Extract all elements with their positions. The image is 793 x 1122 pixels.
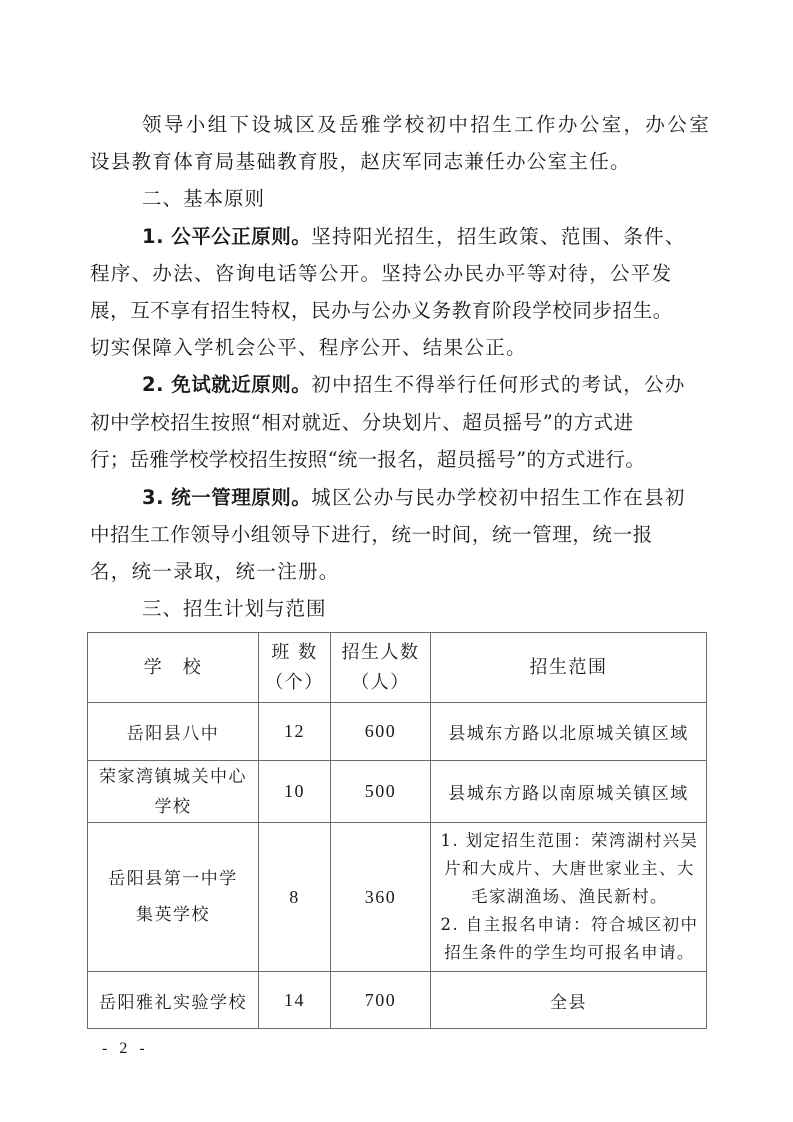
cell-text: 荣家湾镇城关中心 <box>88 762 258 792</box>
cell-students: 360 <box>331 823 431 972</box>
header-students: 招生人数 （人） <box>331 633 431 703</box>
paragraph-line: 切实保障入学机会公平、程序公开、结果公正。 <box>90 336 710 360</box>
scope-line: 招生条件的学生均可报名申请。 <box>437 939 702 967</box>
header-text: 招生人数 <box>331 638 430 668</box>
cell-scope: 全县 <box>431 972 707 1029</box>
table-row: 岳阳县八中 12 600 县城东方路以北原城关镇区域 <box>88 703 707 761</box>
principle-2: 2. 免试就近原则。初中招生不得举行任何形式的考试，公办 <box>142 373 710 397</box>
cell-school: 岳阳雅礼实验学校 <box>88 972 259 1029</box>
scope-line: 1. 划定招生范围：荣湾湖村兴吴 <box>437 827 702 855</box>
cell-students: 700 <box>331 972 431 1029</box>
scope-line: 2. 自主报名申请：符合城区初中 <box>437 911 702 939</box>
principle-3: 3. 统一管理原则。城区公办与民办学校初中招生工作在县初 <box>142 486 710 510</box>
paragraph-line: 中招生工作领导小组领导下进行，统一时间，统一管理，统一报 <box>90 523 710 547</box>
cell-classes: 8 <box>259 823 331 972</box>
text-line: 设县教育体育局基础教育股，赵庆军同志兼任办公室主任。 <box>90 150 631 173</box>
cell-classes: 10 <box>259 761 331 823</box>
paragraph-line: 名，统一录取，统一注册。 <box>90 560 710 584</box>
cell-school: 岳阳县八中 <box>88 703 259 761</box>
paragraph-line: 程序、办法、咨询电话等公开。坚持公办民办平等对待，公平发 <box>90 262 710 286</box>
header-text: （个） <box>259 668 330 698</box>
principle-title: 2. 免试就近原则。 <box>142 373 311 396</box>
cell-classes: 14 <box>259 972 331 1029</box>
header-text: （人） <box>331 668 430 698</box>
header-scope: 招生范围 <box>431 633 707 703</box>
scope-line: 片和大成片、大唐世家业主、大 <box>437 855 702 883</box>
scope-line: 毛家湖渔场、渔民新村。 <box>437 883 702 911</box>
paragraph-line: 领导小组下设城区及岳雅学校初中招生工作办公室，办公室 <box>142 113 710 137</box>
cell-text: 集英学校 <box>88 897 258 933</box>
text-line: 领导小组下设城区及岳雅学校初中招生工作办公室，办公室 <box>142 113 710 137</box>
principle-title: 3. 统一管理原则。 <box>142 486 311 509</box>
paragraph-line: 行；岳雅学校学校招生按照“统一报名，超员摇号”的方式进行。 <box>90 448 710 472</box>
table-header-row: 学 校 班 数 （个） 招生人数 （人） 招生范围 <box>88 633 707 703</box>
header-school: 学 校 <box>88 633 259 703</box>
section-heading: 三、招生计划与范围 <box>142 597 762 621</box>
text-line: 坚持阳光招生，招生政策、范围、条件、 <box>311 225 685 248</box>
cell-school: 荣家湾镇城关中心 学校 <box>88 761 259 823</box>
header-text: 班 数 <box>259 638 330 668</box>
table-row: 岳阳雅礼实验学校 14 700 全县 <box>88 972 707 1029</box>
cell-classes: 12 <box>259 703 331 761</box>
paragraph-line: 初中学校招生按照“相对就近、分块划片、超员摇号”的方式进 <box>90 411 710 435</box>
principle-1: 1. 公平公正原则。坚持阳光招生，招生政策、范围、条件、 <box>142 225 710 249</box>
section-heading: 二、基本原则 <box>142 187 762 211</box>
cell-scope: 1. 划定招生范围：荣湾湖村兴吴 片和大成片、大唐世家业主、大 毛家湖渔场、渔民… <box>431 823 707 972</box>
text-line: 初中招生不得举行任何形式的考试，公办 <box>311 373 685 396</box>
cell-school: 岳阳县第一中学 集英学校 <box>88 823 259 972</box>
header-classes: 班 数 （个） <box>259 633 331 703</box>
cell-text: 岳阳县第一中学 <box>88 861 258 897</box>
principle-title: 1. 公平公正原则。 <box>142 225 311 248</box>
text-line: 城区公办与民办学校初中招生工作在县初 <box>311 486 685 509</box>
cell-text: 学校 <box>88 792 258 822</box>
table-row: 岳阳县第一中学 集英学校 8 360 1. 划定招生范围：荣湾湖村兴吴 片和大成… <box>88 823 707 972</box>
table-row: 荣家湾镇城关中心 学校 10 500 县城东方路以南原城关镇区域 <box>88 761 707 823</box>
page-number: - 2 - <box>102 1040 149 1058</box>
paragraph-line: 展，互不享有招生特权，民办与公办义务教育阶段学校同步招生。 <box>90 299 710 323</box>
cell-scope: 县城东方路以南原城关镇区域 <box>431 761 707 823</box>
cell-scope: 县城东方路以北原城关镇区域 <box>431 703 707 761</box>
enrollment-plan-table: 学 校 班 数 （个） 招生人数 （人） 招生范围 岳阳县八中 12 600 县… <box>87 632 707 1029</box>
cell-students: 500 <box>331 761 431 823</box>
paragraph-line: 设县教育体育局基础教育股，赵庆军同志兼任办公室主任。 <box>90 150 710 174</box>
cell-students: 600 <box>331 703 431 761</box>
